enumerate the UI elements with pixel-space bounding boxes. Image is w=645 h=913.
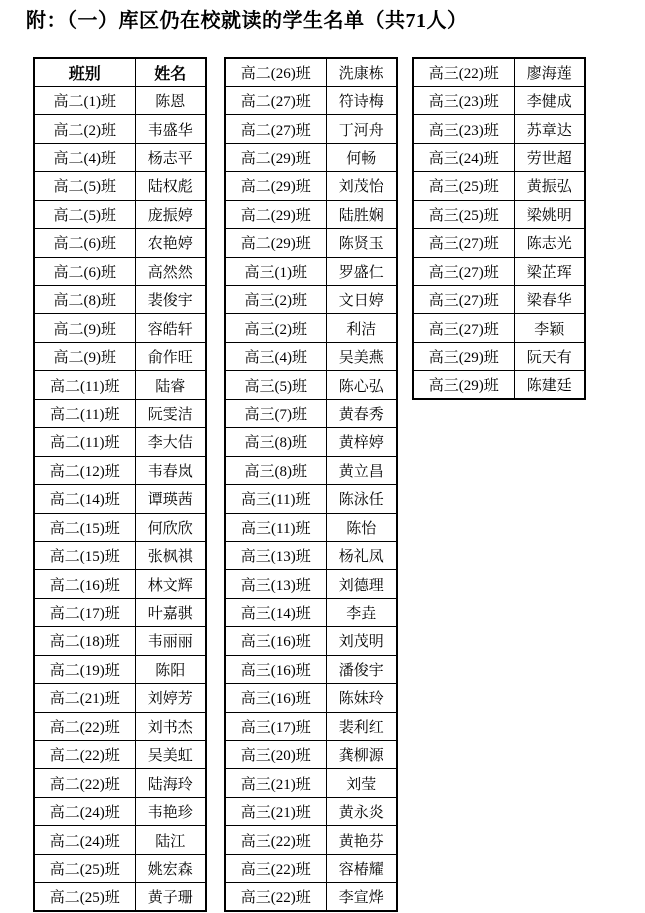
student-row: 高三(27)班陈志光 <box>413 229 585 257</box>
class-cell: 高二(12)班 <box>34 456 135 484</box>
class-cell: 高二(22)班 <box>34 741 135 769</box>
class-cell: 高二(9)班 <box>34 342 135 370</box>
name-cell: 吴美燕 <box>326 342 397 370</box>
name-cell: 李健成 <box>514 86 585 114</box>
student-row: 高二(27)班符诗梅 <box>225 86 397 114</box>
name-cell: 韦丽丽 <box>135 627 206 655</box>
name-cell: 劳世超 <box>514 143 585 171</box>
student-row: 高三(23)班苏章达 <box>413 115 585 143</box>
name-cell: 李大佶 <box>135 428 206 456</box>
student-row: 高三(21)班刘莹 <box>225 769 397 797</box>
class-cell: 高二(6)班 <box>34 229 135 257</box>
class-cell: 高三(20)班 <box>225 741 326 769</box>
student-row: 高三(16)班潘俊宇 <box>225 655 397 683</box>
name-cell: 姚宏森 <box>135 854 206 882</box>
class-cell: 高三(22)班 <box>225 854 326 882</box>
student-row: 高三(29)班陈建廷 <box>413 371 585 399</box>
name-cell: 梁姚明 <box>514 200 585 228</box>
class-header-cell: 班别 <box>34 58 135 86</box>
class-cell: 高三(11)班 <box>225 485 326 513</box>
student-row: 高三(11)班陈泳任 <box>225 485 397 513</box>
student-row: 高二(15)班何欣欣 <box>34 513 206 541</box>
student-row: 高三(1)班罗盛仁 <box>225 257 397 285</box>
name-cell: 吴美虹 <box>135 741 206 769</box>
name-cell: 高然然 <box>135 257 206 285</box>
class-cell: 高三(2)班 <box>225 286 326 314</box>
name-cell: 裴利红 <box>326 712 397 740</box>
name-cell: 洗康栋 <box>326 58 397 86</box>
class-cell: 高三(2)班 <box>225 314 326 342</box>
name-cell: 陆睿 <box>135 371 206 399</box>
name-cell: 丁河舟 <box>326 115 397 143</box>
name-cell: 苏章达 <box>514 115 585 143</box>
student-row: 高二(29)班何畅 <box>225 143 397 171</box>
class-cell: 高三(5)班 <box>225 371 326 399</box>
student-row: 高三(8)班黄梓婷 <box>225 428 397 456</box>
name-cell: 俞作旺 <box>135 342 206 370</box>
student-row: 高三(22)班黄艳芬 <box>225 826 397 854</box>
name-cell: 陆海玲 <box>135 769 206 797</box>
class-cell: 高三(8)班 <box>225 456 326 484</box>
name-cell: 廖海莲 <box>514 58 585 86</box>
class-cell: 高三(29)班 <box>413 342 514 370</box>
name-cell: 刘书杰 <box>135 712 206 740</box>
student-row: 高三(22)班李宣烨 <box>225 883 397 911</box>
name-cell: 罗盛仁 <box>326 257 397 285</box>
student-row: 高三(8)班黄立昌 <box>225 456 397 484</box>
student-row: 高二(9)班俞作旺 <box>34 342 206 370</box>
student-row: 高二(2)班韦盛华 <box>34 115 206 143</box>
class-cell: 高二(29)班 <box>225 200 326 228</box>
class-cell: 高三(16)班 <box>225 655 326 683</box>
class-cell: 高二(29)班 <box>225 229 326 257</box>
name-cell: 容皓轩 <box>135 314 206 342</box>
student-table-3: 高三(22)班廖海莲高三(23)班李健成高三(23)班苏章达高三(24)班劳世超… <box>412 57 586 400</box>
class-cell: 高三(16)班 <box>225 684 326 712</box>
class-cell: 高二(8)班 <box>34 286 135 314</box>
student-row: 高二(5)班庞振婷 <box>34 200 206 228</box>
class-cell: 高三(23)班 <box>413 115 514 143</box>
student-row: 高二(24)班韦艳珍 <box>34 797 206 825</box>
class-cell: 高二(11)班 <box>34 428 135 456</box>
student-row: 高三(13)班刘德理 <box>225 570 397 598</box>
student-row: 高二(25)班黄子珊 <box>34 883 206 911</box>
name-cell: 龚柳源 <box>326 741 397 769</box>
student-table-1: 班别姓名高二(1)班陈恩高二(2)班韦盛华高二(4)班杨志平高二(5)班陆权彪高… <box>33 57 207 912</box>
name-cell: 何畅 <box>326 143 397 171</box>
student-row: 高二(6)班高然然 <box>34 257 206 285</box>
student-row: 高二(21)班刘婷芳 <box>34 684 206 712</box>
name-cell: 刘德理 <box>326 570 397 598</box>
name-cell: 陆江 <box>135 826 206 854</box>
name-cell: 韦艳珍 <box>135 797 206 825</box>
student-row: 高二(17)班叶嘉骐 <box>34 598 206 626</box>
class-cell: 高二(27)班 <box>225 115 326 143</box>
name-cell: 陈心弘 <box>326 371 397 399</box>
student-row: 高三(13)班杨礼凤 <box>225 541 397 569</box>
student-row: 高二(19)班陈阳 <box>34 655 206 683</box>
student-table-2: 高二(26)班洗康栋高二(27)班符诗梅高二(27)班丁河舟高二(29)班何畅高… <box>224 57 398 912</box>
student-row: 高三(16)班刘茂明 <box>225 627 397 655</box>
class-cell: 高二(24)班 <box>34 826 135 854</box>
class-cell: 高二(22)班 <box>34 769 135 797</box>
student-row: 高三(21)班黄永炎 <box>225 797 397 825</box>
name-cell: 韦盛华 <box>135 115 206 143</box>
class-cell: 高三(22)班 <box>225 883 326 911</box>
class-cell: 高三(13)班 <box>225 541 326 569</box>
name-cell: 裴俊宇 <box>135 286 206 314</box>
class-cell: 高二(15)班 <box>34 541 135 569</box>
name-cell: 陈阳 <box>135 655 206 683</box>
student-row: 高三(14)班李垚 <box>225 598 397 626</box>
name-cell: 梁春华 <box>514 286 585 314</box>
name-cell: 李垚 <box>326 598 397 626</box>
student-row: 高二(25)班姚宏森 <box>34 854 206 882</box>
name-cell: 谭瑛茜 <box>135 485 206 513</box>
class-cell: 高二(18)班 <box>34 627 135 655</box>
name-cell: 阮雯洁 <box>135 399 206 427</box>
name-cell: 陆权彪 <box>135 172 206 200</box>
student-row: 高二(1)班陈恩 <box>34 86 206 114</box>
class-cell: 高三(7)班 <box>225 399 326 427</box>
class-cell: 高二(27)班 <box>225 86 326 114</box>
student-row: 高二(11)班阮雯洁 <box>34 399 206 427</box>
class-cell: 高三(27)班 <box>413 257 514 285</box>
class-cell: 高三(16)班 <box>225 627 326 655</box>
student-row: 高二(11)班陆睿 <box>34 371 206 399</box>
class-cell: 高三(8)班 <box>225 428 326 456</box>
student-row: 高二(29)班陈贤玉 <box>225 229 397 257</box>
name-cell: 黄永炎 <box>326 797 397 825</box>
name-cell: 符诗梅 <box>326 86 397 114</box>
class-cell: 高三(24)班 <box>413 143 514 171</box>
class-cell: 高二(19)班 <box>34 655 135 683</box>
name-cell: 李宣烨 <box>326 883 397 911</box>
student-row: 高二(15)班张枫祺 <box>34 541 206 569</box>
class-cell: 高二(22)班 <box>34 712 135 740</box>
name-cell: 陈志光 <box>514 229 585 257</box>
class-cell: 高二(15)班 <box>34 513 135 541</box>
class-cell: 高二(5)班 <box>34 172 135 200</box>
student-row: 高三(25)班黄振弘 <box>413 172 585 200</box>
name-cell: 陈贤玉 <box>326 229 397 257</box>
name-header-cell: 姓名 <box>135 58 206 86</box>
name-cell: 潘俊宇 <box>326 655 397 683</box>
student-row: 高三(20)班龚柳源 <box>225 741 397 769</box>
student-row: 高二(27)班丁河舟 <box>225 115 397 143</box>
class-cell: 高二(29)班 <box>225 143 326 171</box>
student-row: 高二(5)班陆权彪 <box>34 172 206 200</box>
student-row: 高三(22)班廖海莲 <box>413 58 585 86</box>
class-cell: 高二(4)班 <box>34 143 135 171</box>
class-cell: 高三(29)班 <box>413 371 514 399</box>
student-row: 高二(26)班洗康栋 <box>225 58 397 86</box>
name-cell: 刘茂怡 <box>326 172 397 200</box>
class-cell: 高三(22)班 <box>413 58 514 86</box>
student-row: 高三(16)班陈妹玲 <box>225 684 397 712</box>
name-cell: 黄子珊 <box>135 883 206 911</box>
class-cell: 高三(14)班 <box>225 598 326 626</box>
name-cell: 韦春岚 <box>135 456 206 484</box>
student-row: 高二(22)班陆海玲 <box>34 769 206 797</box>
class-cell: 高三(22)班 <box>225 826 326 854</box>
class-cell: 高三(23)班 <box>413 86 514 114</box>
name-cell: 陆胜娴 <box>326 200 397 228</box>
class-cell: 高三(17)班 <box>225 712 326 740</box>
student-row: 高二(9)班容皓轩 <box>34 314 206 342</box>
class-cell: 高三(1)班 <box>225 257 326 285</box>
name-cell: 陈泳任 <box>326 485 397 513</box>
class-cell: 高二(9)班 <box>34 314 135 342</box>
student-row: 高三(29)班阮天有 <box>413 342 585 370</box>
student-row: 高二(22)班吴美虹 <box>34 741 206 769</box>
class-cell: 高三(21)班 <box>225 769 326 797</box>
class-cell: 高二(11)班 <box>34 399 135 427</box>
class-cell: 高二(21)班 <box>34 684 135 712</box>
student-row: 高二(6)班农艳婷 <box>34 229 206 257</box>
student-row: 高二(4)班杨志平 <box>34 143 206 171</box>
name-cell: 张枫祺 <box>135 541 206 569</box>
page-title: 附：（一）库区仍在校就读的学生名单（共71人） <box>26 4 468 33</box>
class-cell: 高二(11)班 <box>34 371 135 399</box>
name-cell: 黄立昌 <box>326 456 397 484</box>
name-cell: 黄艳芬 <box>326 826 397 854</box>
student-row: 高二(11)班李大佶 <box>34 428 206 456</box>
student-row: 高三(24)班劳世超 <box>413 143 585 171</box>
name-cell: 刘茂明 <box>326 627 397 655</box>
student-row: 高三(27)班梁春华 <box>413 286 585 314</box>
class-cell: 高三(11)班 <box>225 513 326 541</box>
name-cell: 农艳婷 <box>135 229 206 257</box>
class-cell: 高三(25)班 <box>413 200 514 228</box>
class-cell: 高三(27)班 <box>413 314 514 342</box>
name-cell: 刘婷芳 <box>135 684 206 712</box>
student-row: 高三(22)班容椿耀 <box>225 854 397 882</box>
name-cell: 庞振婷 <box>135 200 206 228</box>
class-cell: 高二(26)班 <box>225 58 326 86</box>
class-cell: 高三(27)班 <box>413 286 514 314</box>
class-cell: 高三(25)班 <box>413 172 514 200</box>
student-row: 高三(11)班陈怡 <box>225 513 397 541</box>
student-row: 高三(2)班利洁 <box>225 314 397 342</box>
student-row: 高三(27)班梁芷珲 <box>413 257 585 285</box>
name-cell: 利洁 <box>326 314 397 342</box>
class-cell: 高三(27)班 <box>413 229 514 257</box>
student-row: 高二(29)班陆胜娴 <box>225 200 397 228</box>
class-cell: 高二(25)班 <box>34 883 135 911</box>
name-cell: 杨志平 <box>135 143 206 171</box>
class-cell: 高二(2)班 <box>34 115 135 143</box>
name-cell: 黄梓婷 <box>326 428 397 456</box>
class-cell: 高三(13)班 <box>225 570 326 598</box>
name-cell: 陈妹玲 <box>326 684 397 712</box>
name-cell: 陈恩 <box>135 86 206 114</box>
name-cell: 李颖 <box>514 314 585 342</box>
student-row: 高二(24)班陆江 <box>34 826 206 854</box>
class-cell: 高二(24)班 <box>34 797 135 825</box>
name-cell: 黄春秀 <box>326 399 397 427</box>
name-cell: 阮天有 <box>514 342 585 370</box>
student-row: 高二(16)班林文辉 <box>34 570 206 598</box>
student-row: 高三(17)班裴利红 <box>225 712 397 740</box>
class-cell: 高二(1)班 <box>34 86 135 114</box>
name-cell: 何欣欣 <box>135 513 206 541</box>
student-row: 高二(14)班谭瑛茜 <box>34 485 206 513</box>
name-cell: 林文辉 <box>135 570 206 598</box>
header-row: 班别姓名 <box>34 58 206 86</box>
class-cell: 高二(5)班 <box>34 200 135 228</box>
class-cell: 高二(17)班 <box>34 598 135 626</box>
name-cell: 梁芷珲 <box>514 257 585 285</box>
student-row: 高三(4)班吴美燕 <box>225 342 397 370</box>
class-cell: 高三(21)班 <box>225 797 326 825</box>
name-cell: 容椿耀 <box>326 854 397 882</box>
name-cell: 陈怡 <box>326 513 397 541</box>
student-row: 高三(23)班李健成 <box>413 86 585 114</box>
class-cell: 高二(14)班 <box>34 485 135 513</box>
name-cell: 陈建廷 <box>514 371 585 399</box>
student-row: 高二(12)班韦春岚 <box>34 456 206 484</box>
student-row: 高三(2)班文日婷 <box>225 286 397 314</box>
student-row: 高二(18)班韦丽丽 <box>34 627 206 655</box>
student-row: 高三(25)班梁姚明 <box>413 200 585 228</box>
class-cell: 高二(29)班 <box>225 172 326 200</box>
student-row: 高二(29)班刘茂怡 <box>225 172 397 200</box>
student-row: 高二(22)班刘书杰 <box>34 712 206 740</box>
class-cell: 高二(16)班 <box>34 570 135 598</box>
name-cell: 叶嘉骐 <box>135 598 206 626</box>
class-cell: 高二(6)班 <box>34 257 135 285</box>
student-row: 高三(7)班黄春秀 <box>225 399 397 427</box>
class-cell: 高二(25)班 <box>34 854 135 882</box>
student-row: 高二(8)班裴俊宇 <box>34 286 206 314</box>
student-row: 高三(5)班陈心弘 <box>225 371 397 399</box>
name-cell: 文日婷 <box>326 286 397 314</box>
name-cell: 黄振弘 <box>514 172 585 200</box>
name-cell: 杨礼凤 <box>326 541 397 569</box>
class-cell: 高三(4)班 <box>225 342 326 370</box>
name-cell: 刘莹 <box>326 769 397 797</box>
student-row: 高三(27)班李颖 <box>413 314 585 342</box>
